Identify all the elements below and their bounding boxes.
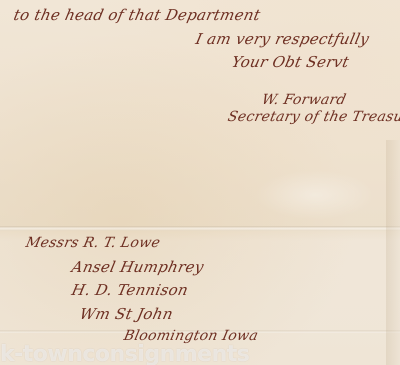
paper-fold-line [0, 226, 400, 231]
watermark-text: k-townconsignments [0, 342, 249, 365]
addressee: Messrs R. T. Lowe [24, 235, 161, 251]
letter-page: to the head of that Department I am very… [0, 0, 400, 365]
addressee: Wm St John [78, 305, 175, 323]
paper-edge [386, 140, 400, 365]
embossed-seal-ghost [255, 170, 375, 220]
body-line: to the head of that Department [12, 6, 262, 24]
closing-line: I am very respectfully [194, 30, 371, 48]
closing-line: Your Obt Servt [230, 53, 351, 71]
addressee: H. D. Tennison [70, 281, 190, 299]
signature-name: W. Forward [260, 92, 347, 108]
addressee: Ansel Humphrey [70, 258, 205, 276]
signature-title: Secretary of the Treasury [226, 109, 400, 125]
